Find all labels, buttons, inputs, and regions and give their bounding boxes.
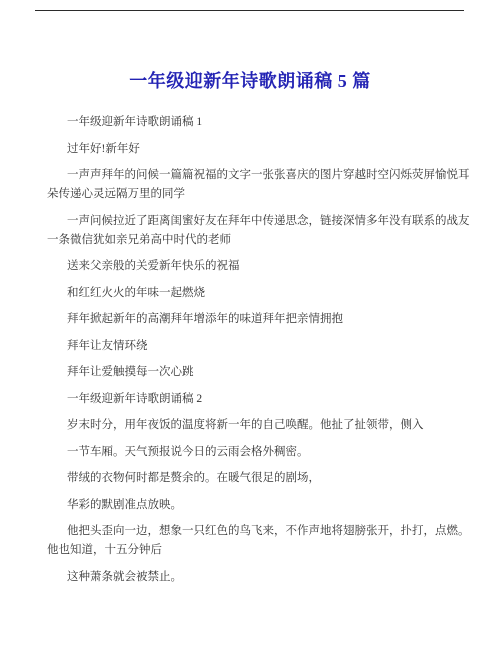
page-title: 一年级迎新年诗歌朗诵稿 5 篇 [0, 0, 500, 96]
paragraph: 一声声拜年的问候一篇篇祝福的文字一张张喜庆的图片穿越时空闪烁荧屏愉悦耳朵传递心灵… [47, 166, 474, 204]
paragraph: 带绒的衣物何时都是赘余的。在暖气很足的剧场， [47, 469, 474, 488]
document-page: 一年级迎新年诗歌朗诵稿 5 篇 一年级迎新年诗歌朗诵稿 1 过年好!新年好 一声… [0, 0, 500, 647]
paragraph: 一节车厢。天气预报说今日的云雨会格外稠密。 [47, 443, 474, 462]
paragraph: 一声问候拉近了距离闺蜜好友在拜年中传递思念，链接深情多年没有联系的战友一条微信犹… [47, 212, 474, 250]
paragraph: 这种萧条就会被禁止。 [47, 568, 474, 587]
paragraph: 岁末时分，用年夜饭的温度将新一年的自己唤醒。他扯了扯领带，侧入 [47, 416, 474, 435]
paragraph: 拜年掀起新年的高潮拜年增添年的味道拜年把亲情拥抱 [47, 310, 474, 329]
paragraph: 过年好!新年好 [47, 140, 474, 159]
section-2-heading: 一年级迎新年诗歌朗诵稿 2 [47, 390, 474, 409]
paragraph: 华彩的默剧准点放映。 [47, 496, 474, 515]
paragraph: 他把头歪向一边，想象一只红色的鸟飞来，不作声地将翅膀张开，扑打，点燃。他也知道，… [47, 522, 474, 560]
paragraph: 送来父亲般的关爱新年快乐的祝福 [47, 257, 474, 276]
header-rule [35, 10, 464, 11]
document-body: 一年级迎新年诗歌朗诵稿 1 过年好!新年好 一声声拜年的问候一篇篇祝福的文字一张… [0, 96, 500, 587]
paragraph: 拜年让友情环绕 [47, 337, 474, 356]
paragraph: 和红红火火的年味一起燃烧 [47, 284, 474, 303]
paragraph: 拜年让爱触摸每一次心跳 [47, 363, 474, 382]
section-1-heading: 一年级迎新年诗歌朗诵稿 1 [47, 113, 474, 132]
